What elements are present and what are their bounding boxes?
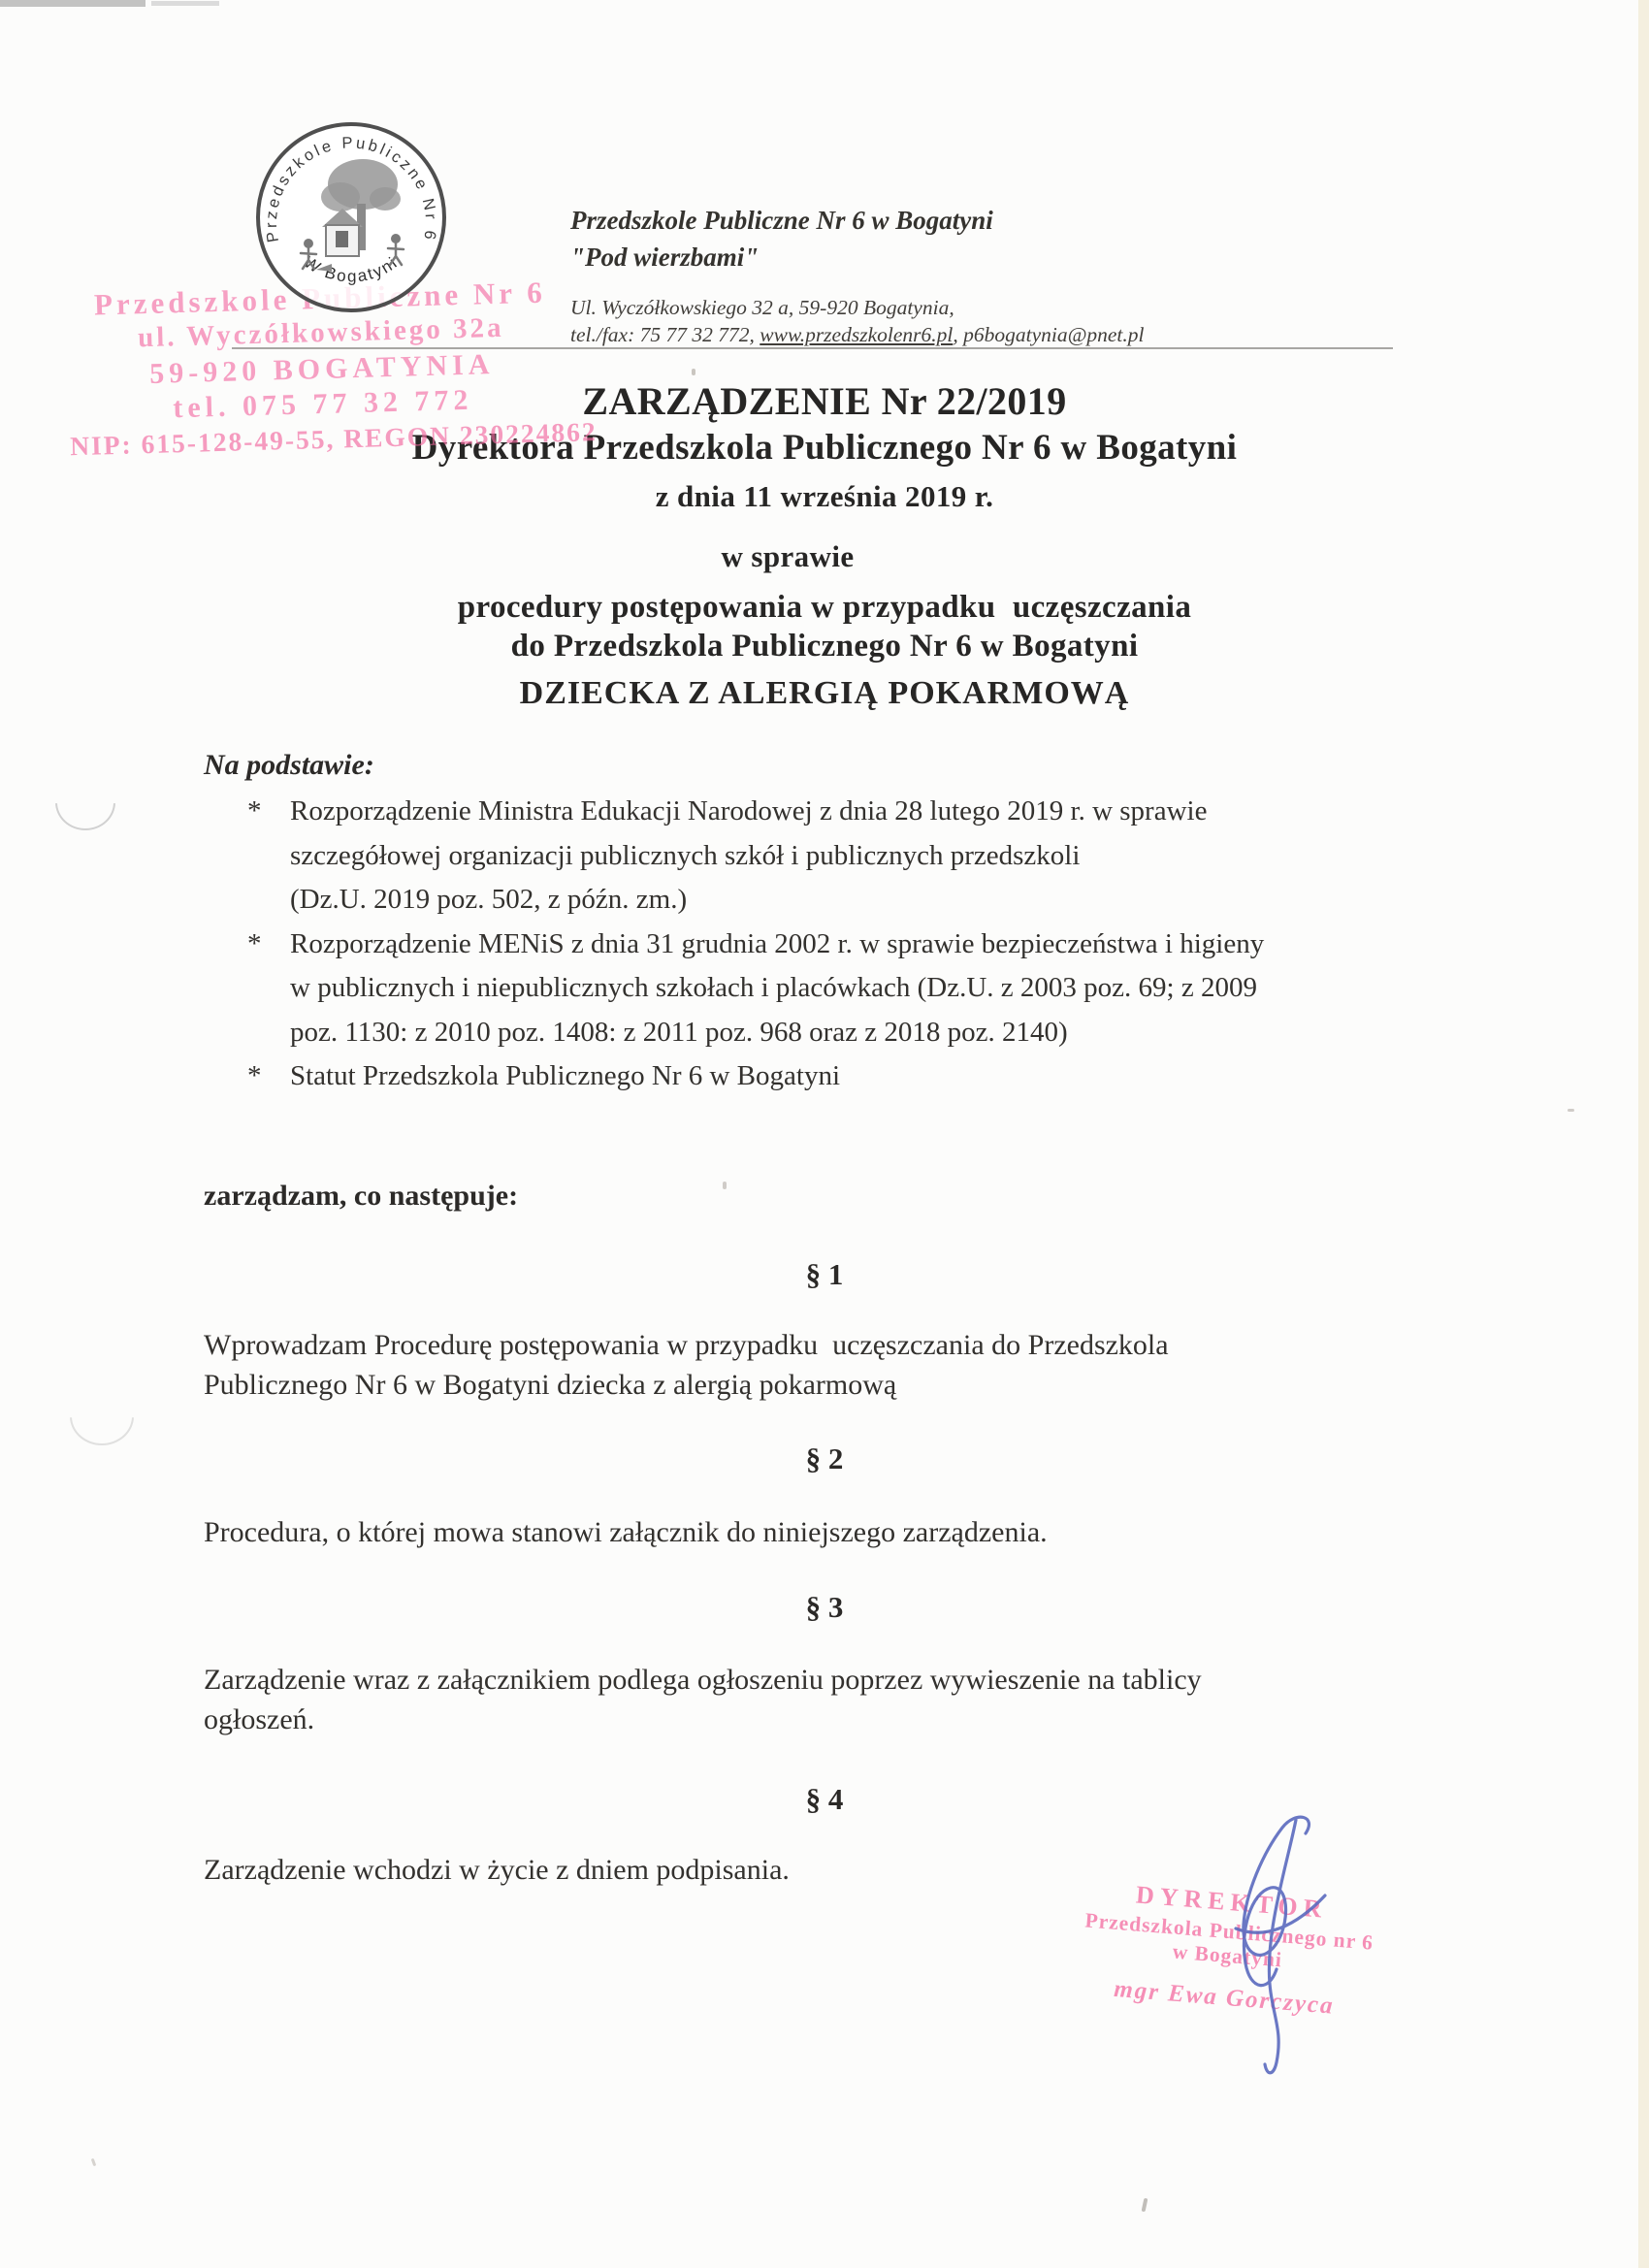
letterhead-contact: Ul. Wyczółkowskiego 32 a, 59-920 Bogatyn… — [570, 294, 1145, 348]
section-paragraph-2: Procedura, o której mowa stanowi załączn… — [204, 1512, 1465, 1552]
scan-speck — [91, 2158, 97, 2167]
list-item: * Statut Przedszkola Publicznego Nr 6 w … — [247, 1054, 1499, 1099]
document-subject-line2: do Przedszkola Publicznego Nr 6 w Bogaty… — [0, 629, 1649, 664]
bullet-marker: * — [247, 1054, 290, 1099]
list-item-text: Rozporządzenie Ministra Edukacji Narodow… — [290, 790, 1207, 923]
list-item-line: poz. 1130: z 2010 poz. 1408: z 2011 poz.… — [290, 1011, 1264, 1055]
letterhead-website: www.przedszkolenr6.pl — [760, 323, 953, 346]
list-item: * Rozporządzenie MENiS z dnia 31 grudnia… — [247, 923, 1499, 1055]
list-item-line: Rozporządzenie Ministra Edukacji Narodow… — [290, 790, 1207, 834]
list-item: * Rozporządzenie Ministra Edukacji Narod… — [247, 790, 1499, 923]
paragraph-line: Wprowadzam Procedurę postępowania w przy… — [204, 1325, 1465, 1365]
scan-speck — [692, 369, 695, 375]
scanned-document-page: Przedszkole Publiczne Nr 6 ul. Wyczółkow… — [0, 0, 1649, 2268]
list-item-line: w publicznych i niepublicznych szkołach … — [290, 966, 1264, 1011]
document-subject-line1: procedury postępowania w przypadku uczęs… — [0, 590, 1649, 626]
bullet-marker: * — [247, 790, 290, 923]
letterhead-address: Ul. Wyczółkowskiego 32 a, 59-920 Bogatyn… — [570, 294, 1145, 321]
list-item-text: Statut Przedszkola Publicznego Nr 6 w Bo… — [290, 1054, 840, 1099]
section-paragraph-3: Zarządzenie wraz z załącznikiem podlega … — [204, 1660, 1465, 1739]
handwritten-signature — [1181, 1812, 1346, 2084]
scan-speck — [723, 1182, 727, 1189]
bullet-marker: * — [247, 923, 290, 1055]
paragraph-line: Zarządzenie wraz z załącznikiem podlega … — [204, 1660, 1465, 1700]
section-mark-3: § 3 — [0, 1590, 1649, 1625]
scan-edge-tint — [1638, 0, 1649, 2268]
letterhead-org-name: Przedszkole Publiczne Nr 6 w Bogatyni — [570, 202, 993, 239]
document-subject-line3: DZIECKA Z ALERGIĄ POKARMOWĄ — [0, 675, 1649, 712]
section-mark-1: § 1 — [0, 1257, 1649, 1292]
legal-basis-list: * Rozporządzenie Ministra Edukacji Narod… — [247, 790, 1499, 1099]
paragraph-line: Procedura, o której mowa stanowi załączn… — [204, 1512, 1465, 1552]
list-item-line: (Dz.U. 2019 poz. 502, z późn. zm.) — [290, 878, 1207, 923]
list-item-line: szczegółowej organizacji publicznych szk… — [290, 834, 1207, 879]
legal-basis-heading: Na podstawie: — [204, 749, 374, 782]
paragraph-line: ogłoszeń. — [204, 1700, 1465, 1739]
scan-speck — [1568, 1109, 1574, 1112]
letterhead-org: Przedszkole Publiczne Nr 6 w Bogatyni "P… — [570, 202, 993, 275]
scan-edge-smudge — [151, 1, 219, 6]
section-paragraph-1: Wprowadzam Procedurę postępowania w przy… — [204, 1325, 1465, 1405]
list-item-line: Statut Przedszkola Publicznego Nr 6 w Bo… — [290, 1054, 840, 1099]
letterhead-org-subtitle: "Pod wierzbami" — [570, 239, 993, 275]
kindergarten-round-seal: Przedszkole Publiczne Nr 6 W Bogatyni — [248, 114, 454, 320]
hole-punch-shadow — [55, 774, 115, 830]
document-date: z dnia 11 września 2019 r. — [0, 479, 1649, 514]
letterhead-phone: tel./fax: 75 77 32 772, — [570, 323, 760, 346]
section-mark-4: § 4 — [0, 1782, 1649, 1817]
hole-punch-shadow — [70, 1387, 134, 1445]
scan-speck — [1142, 2198, 1148, 2213]
list-item-line: Rozporządzenie MENiS z dnia 31 grudnia 2… — [290, 923, 1264, 967]
list-item-text: Rozporządzenie MENiS z dnia 31 grudnia 2… — [290, 923, 1264, 1055]
section-mark-2: § 2 — [0, 1442, 1649, 1476]
scan-edge-smudge — [0, 0, 145, 7]
paragraph-line: Publicznego Nr 6 w Bogatyni dziecka z al… — [204, 1365, 1465, 1405]
letterhead-contact-line: tel./fax: 75 77 32 772, www.przedszkolen… — [570, 321, 1145, 348]
document-re-label: w sprawie — [0, 539, 1612, 574]
decree-intro: zarządzam, co następuje: — [204, 1180, 518, 1213]
letterhead-email: , p6bogatynia@pnet.pl — [953, 323, 1144, 346]
